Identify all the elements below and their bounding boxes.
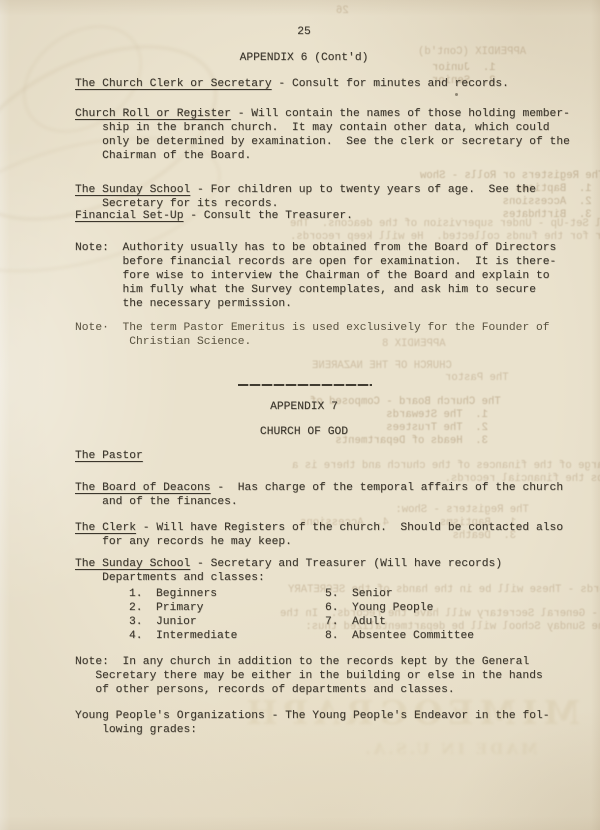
paragraph-head: Church Roll or Register bbox=[75, 108, 231, 120]
ink-speck bbox=[455, 93, 458, 96]
list-item: 4.Intermediate8.Absentee Committee bbox=[75, 629, 535, 643]
paragraph-sunday-school: The Sunday School - For children up to t… bbox=[75, 183, 536, 211]
note-body: The term Pastor Emeritus is used exclusi… bbox=[75, 322, 550, 348]
paragraph-church-roll: Church Roll or Register - Will contain t… bbox=[75, 107, 570, 163]
list-label: Junior bbox=[156, 615, 197, 629]
paragraph-board-of-deacons: The Board of Deacons - Has charge of the… bbox=[75, 481, 563, 509]
heading-the-pastor: The Pastor bbox=[75, 449, 143, 463]
list-number: 7. bbox=[325, 615, 339, 629]
note-label: Note· bbox=[75, 322, 109, 334]
section-divider bbox=[238, 384, 372, 386]
list-item: 3.Junior7.Adult bbox=[75, 615, 535, 629]
appendix6-title: APPENDIX 6 (Cont'd) bbox=[8, 51, 600, 65]
bleedthrough-text: The Pastor bbox=[445, 372, 509, 385]
note-pastor-emeritus: Note· The term Pastor Emeritus is used e… bbox=[75, 321, 550, 349]
bleedthrough-text: CHURCH OF THE NAZARENE bbox=[312, 360, 452, 373]
note-body: In any church in addition to the records… bbox=[75, 656, 543, 696]
paragraph-head: The Clerk bbox=[75, 522, 136, 534]
appendix7-title: APPENDIX 7 bbox=[8, 400, 600, 414]
list-label: Intermediate bbox=[156, 629, 237, 643]
paragraph-body: - Consult for minutes and records. bbox=[272, 78, 509, 90]
list-number: 3. bbox=[129, 615, 143, 629]
paragraph-head: The Sunday School bbox=[75, 558, 190, 570]
list-number: 4. bbox=[129, 629, 143, 643]
paragraph-sunday-school-2: The Sunday School - Secretary and Treasu… bbox=[75, 557, 502, 585]
note-general-secretary: Note: In any church in addition to the r… bbox=[75, 655, 543, 697]
page-number: 25 bbox=[8, 25, 600, 39]
list-label: Primary bbox=[156, 601, 203, 615]
list-label: Young People bbox=[352, 601, 433, 615]
list-number: 1. bbox=[129, 587, 143, 601]
list-number: 5. bbox=[325, 587, 339, 601]
list-label: Beginners bbox=[156, 587, 217, 601]
appendix7-subtitle: CHURCH OF GOD bbox=[8, 425, 600, 439]
list-item: 1.Beginners5.Senior bbox=[75, 587, 535, 601]
document-page: 26 APPENDIX (Cont'd) 1. Junior 2. Senior… bbox=[0, 0, 600, 830]
note-label: Note: bbox=[75, 242, 109, 254]
paragraph-young-peoples: Young People's Organizations - The Young… bbox=[75, 709, 550, 737]
paragraph-body: - Consult the Treasurer. bbox=[183, 210, 352, 222]
note-body: Authority usually has to be obtained fro… bbox=[75, 242, 556, 310]
paragraph-head: The Board of Deacons bbox=[75, 482, 211, 494]
list-number: 6. bbox=[325, 601, 339, 615]
list-label: Absentee Committee bbox=[352, 629, 474, 643]
paragraph-the-clerk: The Clerk - Will have Registers of the c… bbox=[75, 521, 563, 549]
list-number: 8. bbox=[325, 629, 339, 643]
paragraph-head: Young People's Organizations bbox=[75, 710, 265, 722]
paragraph-head: Financial Set-Up bbox=[75, 210, 183, 222]
note-authority: Note: Authority usually has to be obtain… bbox=[75, 241, 556, 311]
note-label: Note: bbox=[75, 656, 109, 668]
bleedthrough-text: 26 bbox=[336, 5, 349, 18]
list-label: Senior bbox=[352, 587, 393, 601]
paragraph-head: The Sunday School bbox=[75, 184, 190, 196]
classes-list: 1.Beginners5.Senior 2.Primary6.Young Peo… bbox=[75, 587, 535, 643]
paragraph-head: The Church Clerk or Secretary bbox=[75, 78, 272, 90]
paragraph-financial-setup: Financial Set-Up - Consult the Treasurer… bbox=[75, 209, 353, 223]
paragraph-church-clerk: The Church Clerk or Secretary - Consult … bbox=[75, 77, 509, 91]
list-number: 2. bbox=[129, 601, 143, 615]
paragraph-body: - Will have Registers of the church. Sho… bbox=[75, 522, 563, 548]
mimeograph-watermark-origin: MADE IN U.S.A. bbox=[350, 740, 550, 758]
paragraph-head: The Pastor bbox=[75, 450, 143, 462]
list-label: Adult bbox=[352, 615, 386, 629]
list-item: 2.Primary6.Young People bbox=[75, 601, 535, 615]
